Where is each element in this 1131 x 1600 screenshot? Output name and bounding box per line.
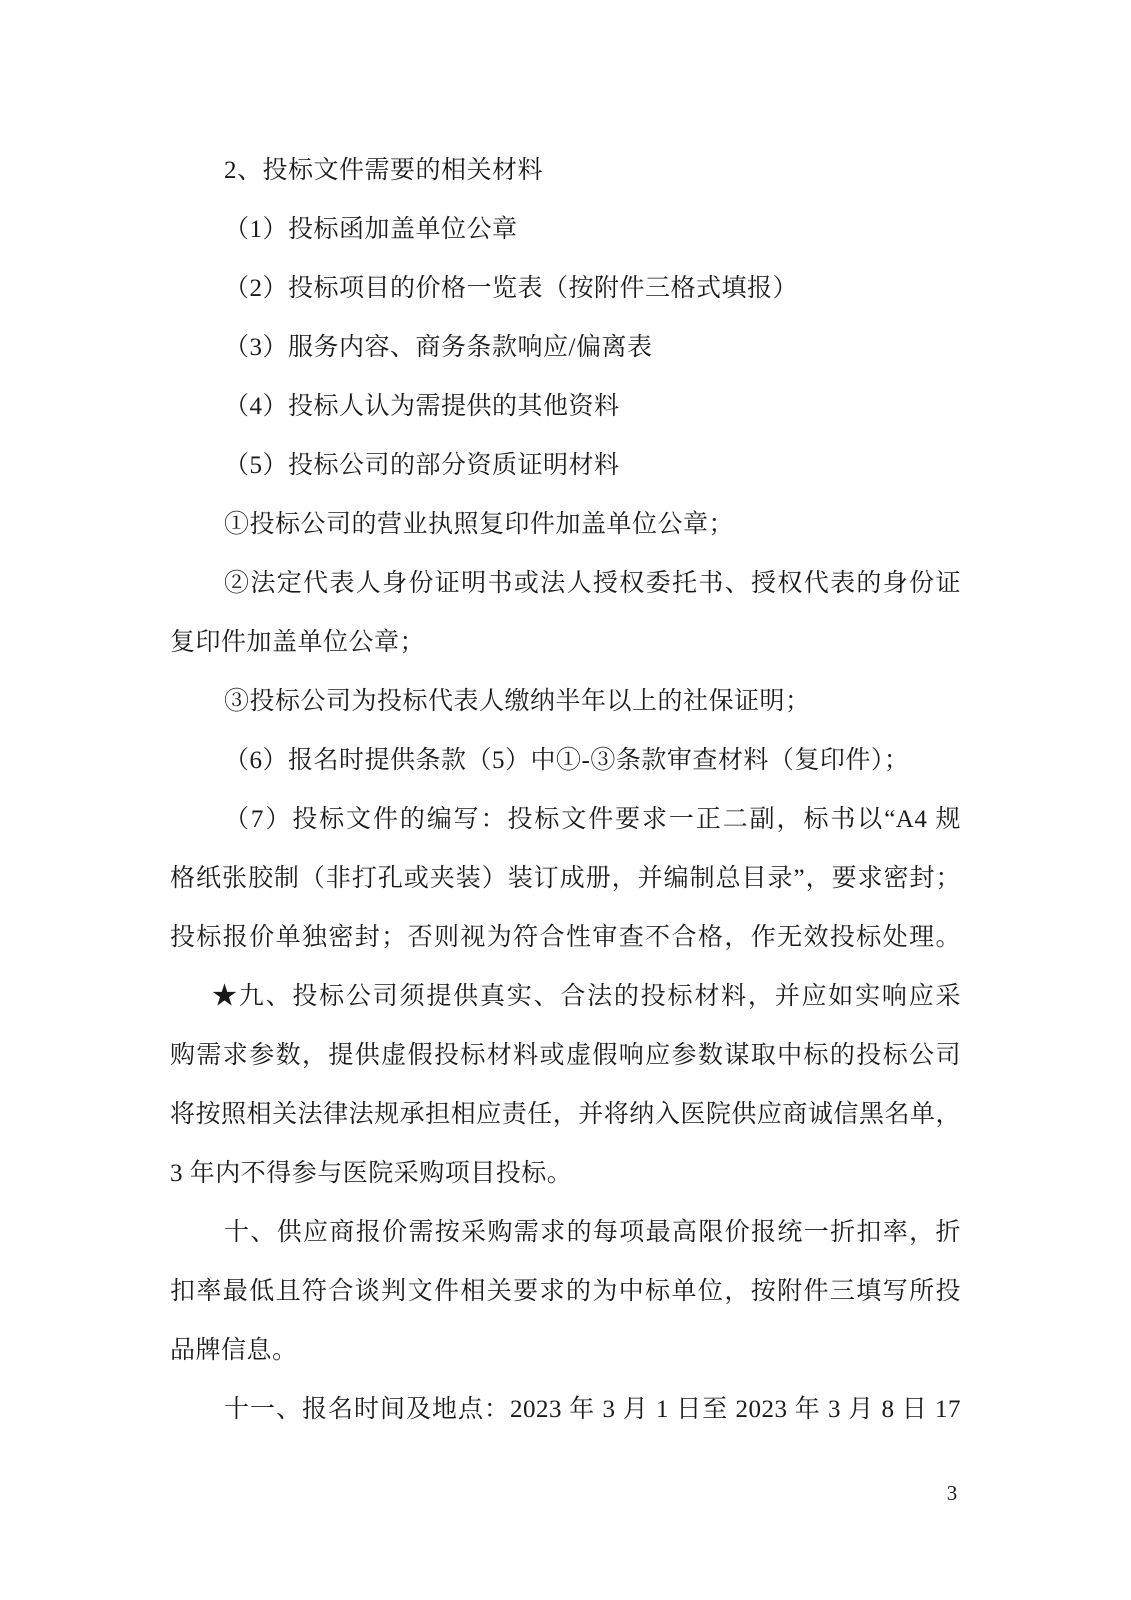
text-line: 扣率最低且符合谈判文件相关要求的为中标单位，按附件三填写所投	[170, 1262, 961, 1321]
text-line: 品牌信息。	[170, 1321, 961, 1380]
text-line: 十、供应商报价需按采购需求的每项最高限价报统一折扣率，折	[170, 1203, 961, 1262]
text-line: 格纸张胶制（非打孔或夹装）装订成册，并编制总目录”，要求密封；	[170, 849, 961, 908]
text-line: （7）投标文件的编写：投标文件要求一正二副，标书以“A4 规	[170, 790, 961, 849]
text-line: （3）服务内容、商务条款响应/偏离表	[170, 318, 961, 377]
text-line: 将按照相关法律法规承担相应责任，并将纳入医院供应商诚信黑名单，	[170, 1085, 961, 1144]
document-body: 2、投标文件需要的相关材料（1）投标函加盖单位公章（2）投标项目的价格一览表（按…	[170, 141, 961, 1439]
text-line: 投标报价单独密封；否则视为符合性审查不合格，作无效投标处理。	[170, 908, 961, 967]
document-page: 2、投标文件需要的相关材料（1）投标函加盖单位公章（2）投标项目的价格一览表（按…	[0, 0, 1131, 1600]
text-line: ③投标公司为投标代表人缴纳半年以上的社保证明；	[170, 672, 961, 731]
text-line: （2）投标项目的价格一览表（按附件三格式填报）	[170, 259, 961, 318]
text-line: 购需求参数，提供虚假投标材料或虚假响应参数谋取中标的投标公司	[170, 1026, 961, 1085]
text-line: 2、投标文件需要的相关材料	[170, 141, 961, 200]
text-line: 3 年内不得参与医院采购项目投标。	[170, 1144, 961, 1203]
text-line: （4）投标人认为需提供的其他资料	[170, 377, 961, 436]
text-line: ★九、投标公司须提供真实、合法的投标材料，并应如实响应采	[170, 967, 961, 1026]
text-line: （5）投标公司的部分资质证明材料	[170, 436, 961, 495]
page-number: 3	[932, 1478, 972, 1508]
text-line: ②法定代表人身份证明书或法人授权委托书、授权代表的身份证	[170, 554, 961, 613]
text-line: （6）报名时提供条款（5）中①-③条款审查材料（复印件）；	[170, 731, 961, 790]
text-line: 十一、报名时间及地点：2023 年 3 月 1 日至 2023 年 3 月 8 …	[170, 1380, 961, 1439]
text-line: 复印件加盖单位公章；	[170, 613, 961, 672]
text-line: （1）投标函加盖单位公章	[170, 200, 961, 259]
text-line: ①投标公司的营业执照复印件加盖单位公章；	[170, 495, 961, 554]
